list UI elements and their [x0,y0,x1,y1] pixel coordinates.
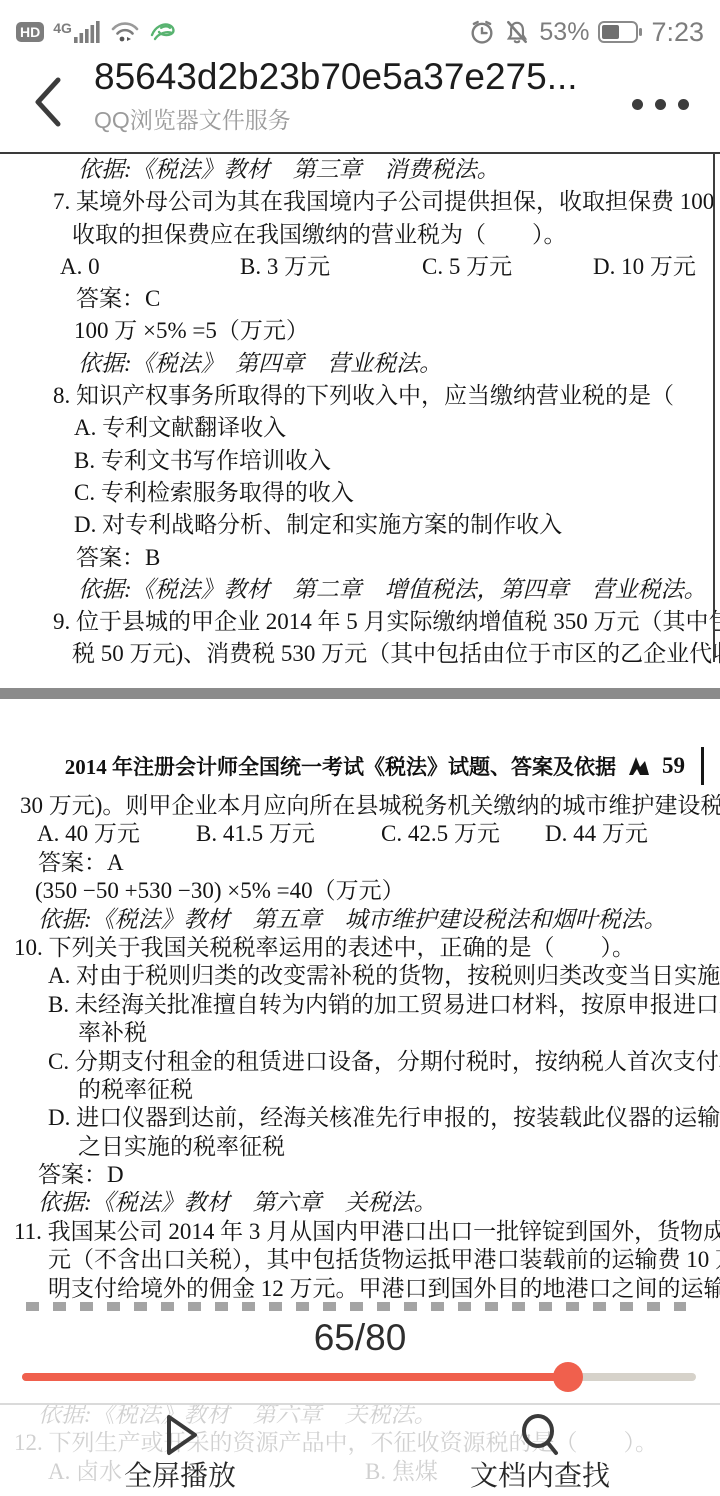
doc-line: (350 −50 +530 −30) ×5% =40（万元） [0,877,720,905]
option-item: B. 41.5 万元 [196,820,381,848]
slider-thumb[interactable] [553,1362,583,1392]
doc-line: 9. 位于县城的甲企业 2014 年 5 月实际缴纳增值税 350 万元（其中包… [0,606,720,638]
signal-bars-icon: 4G [53,21,101,43]
option-item: C. 5 万元 [422,251,593,283]
fullscreen-play-button[interactable]: 全屏播放 [60,1405,300,1496]
page-progress-slider[interactable] [22,1362,696,1392]
play-icon [60,1405,300,1461]
back-button[interactable] [30,76,64,128]
doc-line: 税 50 万元)、消费税 530 万元（其中包括由位于市区的乙企业代收代缴的消费… [0,638,720,670]
battery-icon [598,20,642,44]
doc-line: 依据:《税法》教材 第二章 增值税法，第四章 营业税法。 [0,574,720,606]
doc-line: A. 40 万元B. 41.5 万元C. 42.5 万元D. 44 万元 [0,820,720,848]
network-type-label: 4G [53,20,72,36]
page-separator [0,688,720,699]
doc-line: 明支付给境外的佣金 12 万元。甲港口到国外目的地港口之间的运输保险费 20 万 [0,1275,720,1303]
page-running-header: 2014 年注册会计师全国统一考试《税法》试题、答案及依据 59 [0,747,704,785]
clock-label: 7:23 [651,17,704,48]
document-page-58[interactable]: 依据:《税法》教材 第三章 消费税法。7. 某境外母公司为其在我国境内子公司提供… [0,152,720,688]
doc-line: C. 专利检索服务取得的收入 [0,477,720,509]
scanned-page-edge [701,747,704,785]
doc-line: 11. 我国某公司 2014 年 3 月从国内甲港口出口一批锌锭到国外，货物成交… [0,1218,720,1246]
bottom-toolbar: 全屏播放 文档内查找 [0,1403,720,1496]
doc-line: 30 万元)。则甲企业本月应向所在县城税务机关缴纳的城市维护建设税为（ ）。 [0,792,720,820]
doc-line: A. 专利文献翻译收入 [0,412,720,444]
pager-overlay: 65/80 [0,1311,720,1403]
doc-line: 元（不含出口关税），其中包括货物运抵甲港口装载前的运输费 10 万元、单独列 [0,1246,720,1274]
signal-bars-icon [74,21,101,43]
page-position-indicator: 65/80 [0,1317,720,1359]
doc-line: 答案：B [0,542,720,574]
doc-line: 依据:《税法》教材 第三章 消费税法。 [0,154,720,186]
find-in-document-label: 文档内查找 [420,1461,660,1491]
option-item: D. 44 万元 [545,820,648,848]
find-in-document-button[interactable]: 文档内查找 [420,1405,660,1496]
doc-line: 率补税 [0,1019,720,1047]
page-body: 30 万元)。则甲企业本月应向所在县城税务机关缴纳的城市维护建设税为（ ）。A.… [0,792,720,1303]
wifi-icon [110,20,140,44]
more-menu-button[interactable] [632,92,692,116]
doc-line: 收取的担保费应在我国缴纳的营业税为（ ）。 [0,219,720,251]
doc-line: 7. 某境外母公司为其在我国境内子公司提供担保，收取担保费 100 万元。该母公… [0,186,720,218]
exam-paper-title: 2014 年注册会计师全国统一考试《税法》试题、答案及依据 [65,751,616,781]
status-right-icons: 53% 7:23 [469,17,704,48]
hd-icon: HD [16,22,44,42]
fullscreen-play-label: 全屏播放 [60,1461,300,1491]
doc-line: 依据:《税法》教材 第五章 城市维护建设税法和烟叶税法。 [0,906,720,934]
file-source-label: QQ浏览器文件服务 [94,102,600,135]
slider-fill [22,1373,568,1381]
alarm-icon [469,19,495,45]
battery-percent-label: 53% [539,18,589,47]
doc-line: B. 专利文书写作培训收入 [0,445,720,477]
doc-line: 的税率征税 [0,1076,720,1104]
page-number: 59 [662,753,685,779]
status-left-icons: HD 4G [16,19,177,45]
option-item: B. 3 万元 [240,251,422,283]
header-text: 85643d2b23b70e5a37e275... QQ浏览器文件服务 [94,56,600,135]
doc-line: 答案：A [0,849,720,877]
doc-line: 之日实施的税率征税 [0,1133,720,1161]
app-header: 85643d2b23b70e5a37e275... QQ浏览器文件服务 [0,52,720,152]
doc-line: D. 对专利战略分析、制定和实施方案的制作收入 [0,509,720,541]
option-item: C. 42.5 万元 [381,820,545,848]
doc-line: A. 对由于税则归类的改变需补税的货物，按税则归类改变当日实施的税率征税 [0,962,720,990]
option-item: A. 40 万元 [37,820,196,848]
doc-line: 8. 知识产权事务所取得的下列收入中，应当缴纳营业税的是（ ）。 [0,380,720,412]
ellipsis-icon [655,99,666,110]
search-icon [420,1405,660,1461]
doc-line: 依据:《税法》教材 第六章 关税法。 [0,1189,720,1217]
clipped-text-line [26,1302,686,1311]
scanned-page-edge [713,152,715,662]
phone-screen: HD 4G [0,0,720,1496]
ellipsis-icon [678,99,689,110]
doc-line: 依据:《税法》 第四章 营业税法。 [0,348,720,380]
file-title: 85643d2b23b70e5a37e275... [94,56,600,98]
green-app-icon [149,19,177,45]
doc-line: 100 万 ×5% =5（万元） [0,315,720,347]
doc-line: 10. 下列关于我国关税税率运用的表述中，正确的是（ ）。 [0,934,720,962]
doc-line: D. 进口仪器到达前，经海关核准先行申报的，按装载此仪器的运输工具申报进境 [0,1104,720,1132]
publisher-logo-icon [626,754,652,778]
option-item: A. 0 [60,251,240,283]
bell-muted-icon [504,19,530,45]
doc-line: C. 分期支付租金的租赁进口设备，分期付税时，按纳税人首次支付税款之日实施 [0,1048,720,1076]
ellipsis-icon [632,99,643,110]
doc-line: A. 0B. 3 万元C. 5 万元D. 10 万元 [0,251,720,283]
doc-line: 答案：D [0,1161,720,1189]
doc-line: B. 未经海关批准擅自转为内销的加工贸易进口材料，按原申报进口之日实施的税 [0,991,720,1019]
option-item: D. 10 万元 [593,251,696,283]
doc-line: 答案：C [0,283,720,315]
status-bar: HD 4G [0,0,720,52]
